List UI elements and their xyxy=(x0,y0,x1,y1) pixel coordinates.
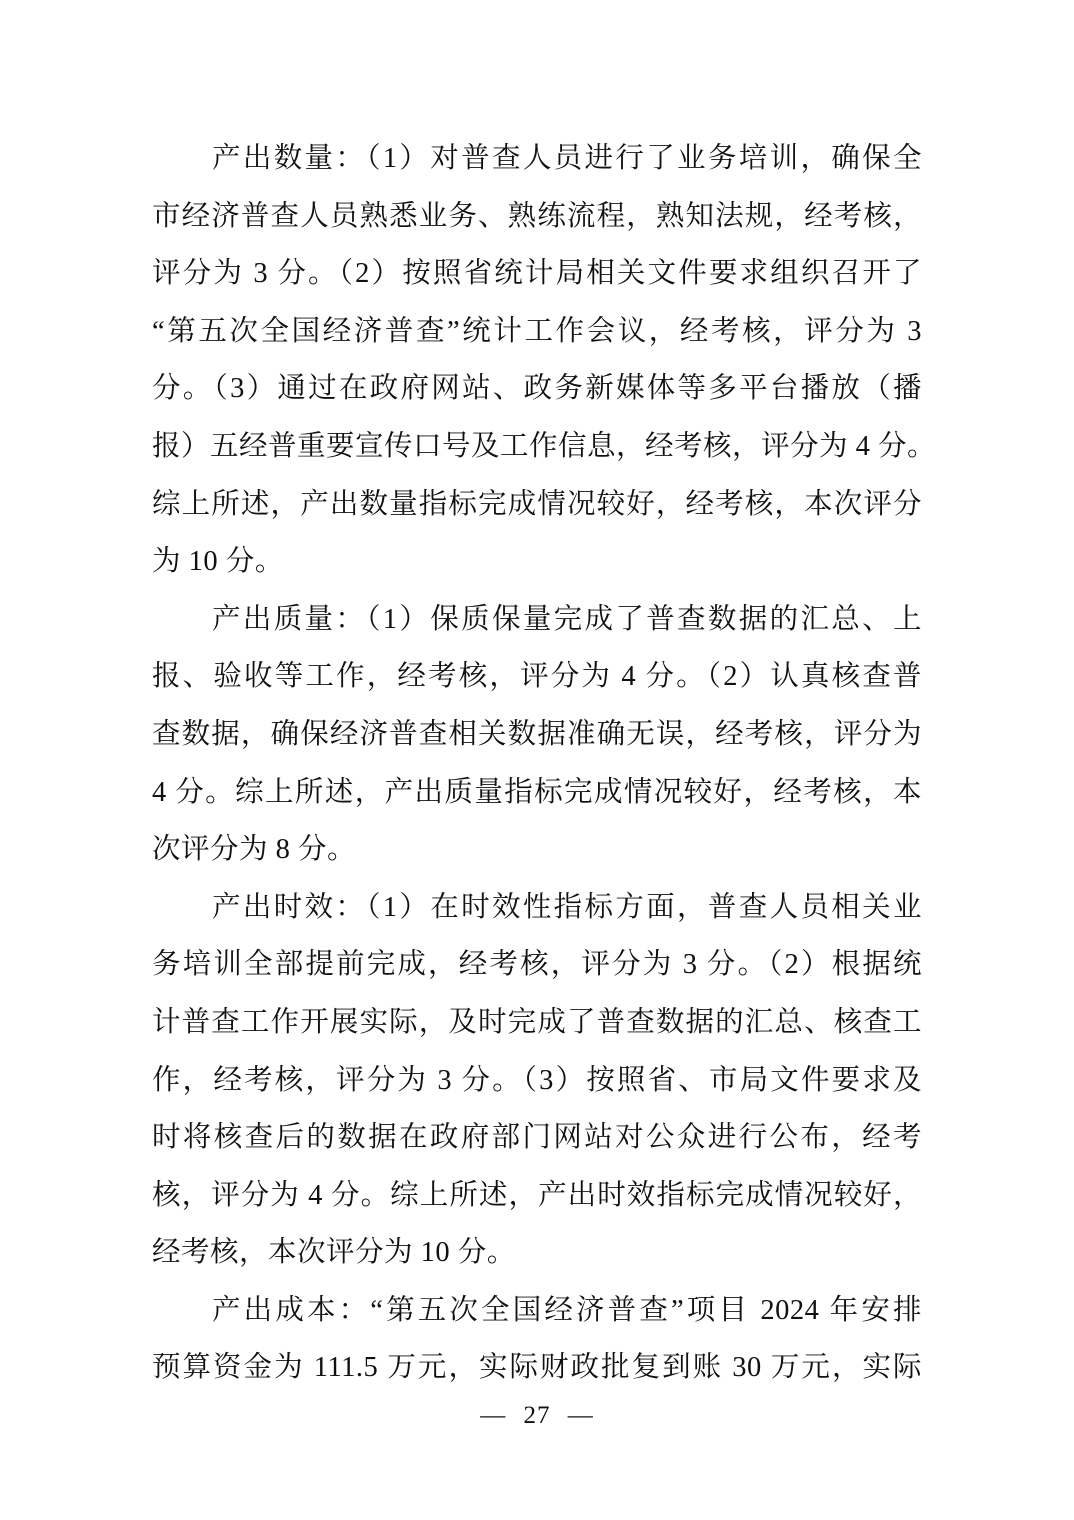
text-line: 综上所述，产出数量指标完成情况较好，经考核，本次评分 xyxy=(152,476,922,534)
text-line: 经考核，本次评分为 10 分。 xyxy=(152,1224,922,1282)
text-line: 分。（3）通过在政府网站、政务新媒体等多平台播放（播 xyxy=(152,360,922,418)
text-line: 4 分。综上所述，产出质量指标完成情况较好，经考核，本 xyxy=(152,764,922,822)
document-body: 产出数量：（1）对普查人员进行了业务培训，确保全市经济普查人员熟悉业务、熟练流程… xyxy=(152,130,922,1397)
text-line: 市经济普查人员熟悉业务、熟练流程，熟知法规，经考核， xyxy=(152,188,922,246)
text-line: 查数据，确保经济普查相关数据准确无误，经考核，评分为 xyxy=(152,706,922,764)
text-line: 预算资金为 111.5 万元，实际财政批复到账 30 万元，实际 xyxy=(152,1339,922,1397)
text-line: 作，经考核，评分为 3 分。（3）按照省、市局文件要求及 xyxy=(152,1052,922,1110)
text-line: “第五次全国经济普查”统计工作会议，经考核，评分为 3 xyxy=(152,303,922,361)
text-line: 为 10 分。 xyxy=(152,533,922,591)
text-line: 报、验收等工作，经考核，评分为 4 分。（2）认真核查普 xyxy=(152,648,922,706)
text-line: 评分为 3 分。（2）按照省统计局相关文件要求组织召开了 xyxy=(152,245,922,303)
text-line: 产出时效：（1）在时效性指标方面，普查人员相关业 xyxy=(152,879,922,937)
page-footer: — 27 — xyxy=(0,1402,1074,1430)
text-line: 时将核查后的数据在政府部门网站对公众进行公布，经考 xyxy=(152,1109,922,1167)
text-line: 产出数量：（1）对普查人员进行了业务培训，确保全 xyxy=(152,130,922,188)
text-line: 产出成本：“第五次全国经济普查”项目 2024 年安排 xyxy=(152,1282,922,1340)
text-line: 次评分为 8 分。 xyxy=(152,821,922,879)
page-number: — 27 — xyxy=(480,1402,594,1429)
text-line: 产出质量：（1）保质保量完成了普查数据的汇总、上 xyxy=(152,591,922,649)
text-line: 务培训全部提前完成，经考核，评分为 3 分。（2）根据统 xyxy=(152,936,922,994)
text-line: 报）五经普重要宣传口号及工作信息，经考核，评分为 4 分。 xyxy=(152,418,922,476)
text-line: 计普查工作开展实际，及时完成了普查数据的汇总、核查工 xyxy=(152,994,922,1052)
document-page: 产出数量：（1）对普查人员进行了业务培训，确保全市经济普查人员熟悉业务、熟练流程… xyxy=(0,0,1074,1520)
text-line: 核，评分为 4 分。综上所述，产出时效指标完成情况较好， xyxy=(152,1167,922,1225)
